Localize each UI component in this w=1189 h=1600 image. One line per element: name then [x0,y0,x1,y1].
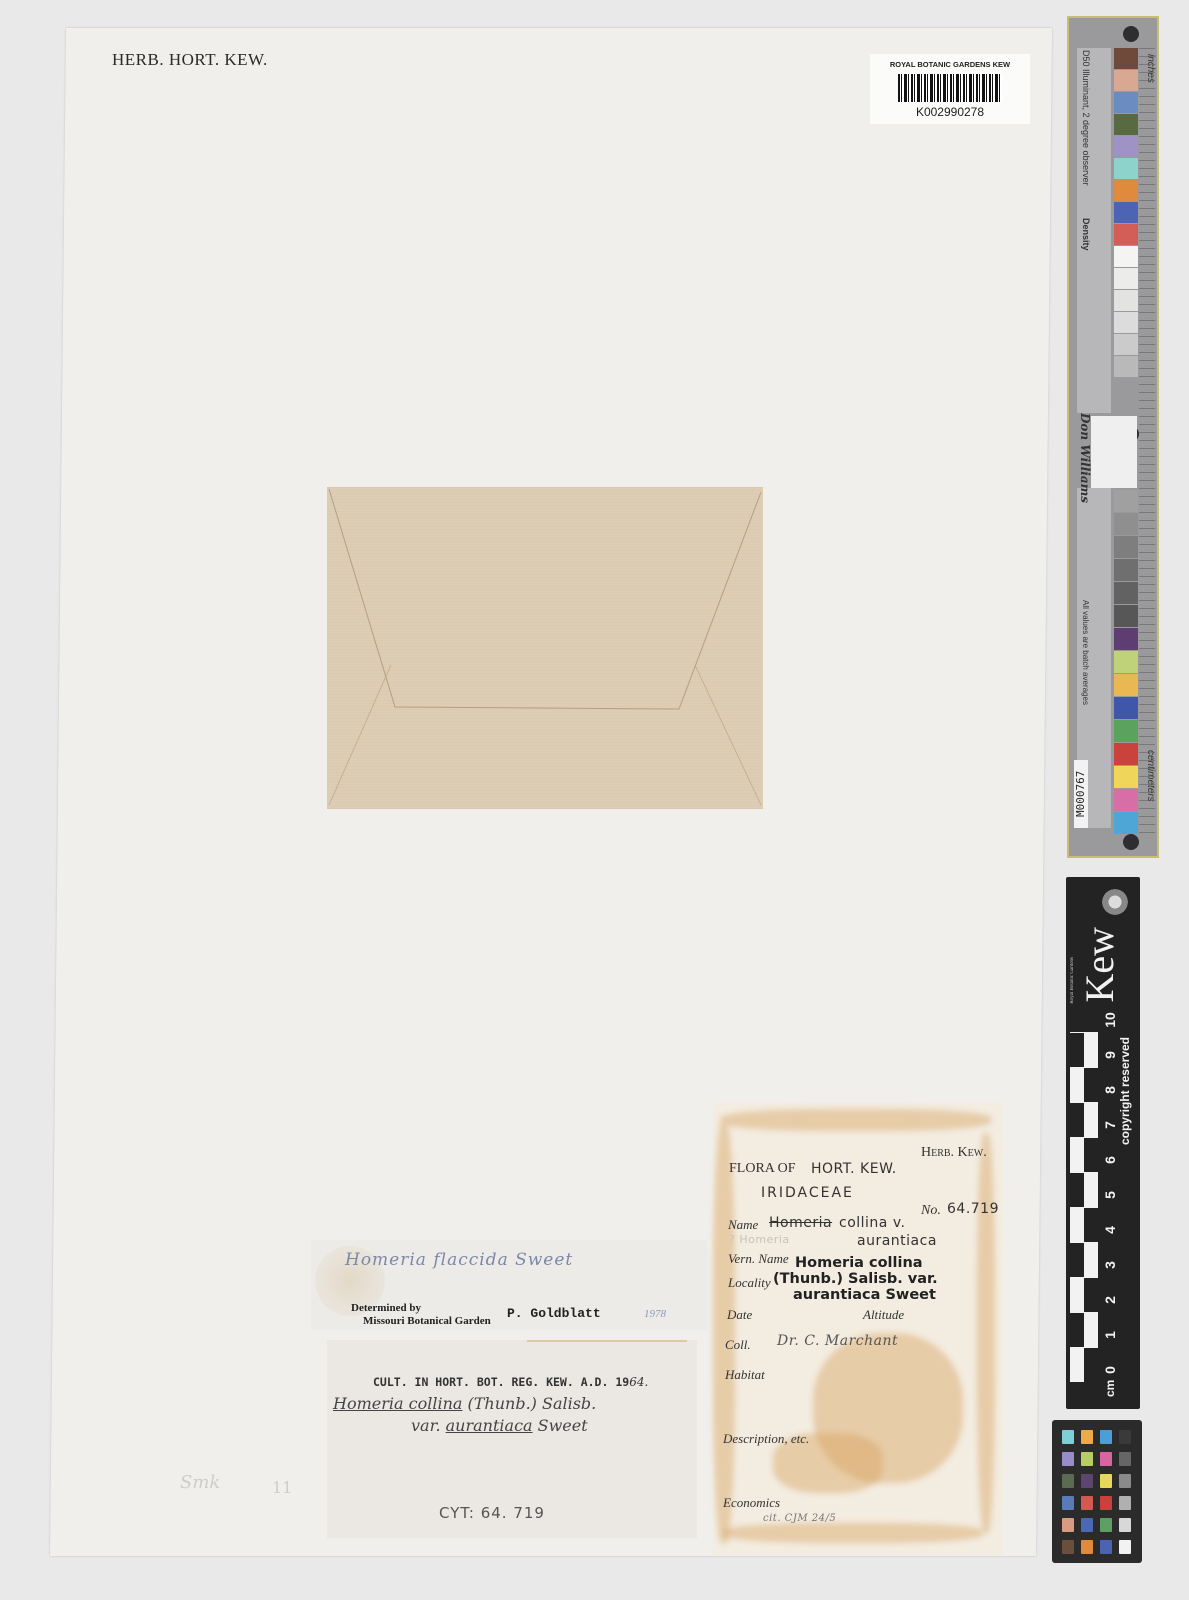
color-swatch [1114,766,1138,788]
kew-crest-icon [1100,887,1130,917]
color-swatch [1114,720,1138,742]
color-swatch [1114,224,1138,245]
cytology-note: CYT: 64. 719 [439,1504,545,1522]
color-calibration-ruler: D50 Illuminant, 2 degree observer Densit… [1067,16,1159,858]
label-description: Description, etc. [723,1431,809,1447]
label-altitude: Altitude [863,1307,904,1323]
stain [721,1109,991,1131]
name-value-faint: ? Homeria [729,1233,790,1246]
determiner-name: P. Goldblatt [507,1306,601,1321]
color-swatch [1114,559,1138,581]
color-swatch [1114,490,1138,512]
kew-logo: Kew [1078,927,1122,1003]
stain [977,1133,995,1533]
variety: aurantiaca [446,1416,533,1435]
color-swatch [1114,789,1138,811]
label-coll: Coll. [725,1337,751,1353]
scale-segment [1070,1172,1098,1207]
color-swatch [1114,180,1138,201]
cultivation-slip: CULT. IN HORT. BOT. REG. KEW. A.D. 1964.… [327,1340,697,1538]
checker-patch [1062,1430,1074,1444]
name-value-2: aurantiaca [857,1233,937,1249]
locality-value-1: Homeria collina [795,1255,923,1271]
color-swatch [1114,513,1138,535]
pencil-note-left: Smk [180,1472,220,1493]
color-checker-card [1052,1420,1142,1563]
color-swatch [1114,136,1138,157]
ruler-batch-caption: All values are batch averages [1081,600,1090,705]
checker-patch [1062,1540,1074,1554]
checker-patch [1081,1430,1093,1444]
checker-patch [1081,1452,1093,1466]
kew-subtitle: Royal Botanic Gardens [1070,957,1075,1004]
color-swatch [1114,312,1138,333]
locality-value-2: (Thunb.) Salisb. var. [773,1271,938,1287]
determination-institution: Missouri Botanical Garden [363,1315,491,1327]
kew-scale-bar: Royal Botanic Gardens Kew copyright rese… [1066,877,1140,1409]
label-locality: Locality [728,1275,771,1291]
color-swatch [1114,92,1138,113]
color-swatch [1114,628,1138,650]
ruler-brand: Don Williams [1078,413,1092,503]
checker-patch [1081,1518,1093,1532]
color-swatch [1114,70,1138,91]
cultivation-year: 64. [629,1375,648,1389]
color-swatch [1114,334,1138,355]
name-value-1: collina v. [839,1215,905,1231]
genus-species: Homeria collina [333,1394,462,1413]
scale-unit: cm [1103,1381,1117,1397]
checker-patch [1100,1430,1112,1444]
name-struck: Homeria [769,1215,832,1231]
scale-number: 1 [1102,1327,1118,1343]
checker-patch [1062,1496,1074,1510]
label-economics: Economics [723,1495,780,1511]
scale-number: 5 [1102,1187,1118,1203]
color-swatch [1114,290,1138,311]
scale-segment [1070,1312,1098,1347]
determination-species: Homeria flaccida Sweet [345,1250,573,1270]
kew-copyright: copyright reserved [1118,1037,1132,1145]
cultivation-header: CULT. IN HORT. BOT. REG. KEW. A.D. 1964. [373,1375,648,1389]
cultivation-name-line-1: Homeria collina (Thunb.) Salisb. [333,1394,596,1413]
label-name: Name [728,1217,758,1233]
checker-patch [1100,1496,1112,1510]
label-vern-name: Vern. Name [728,1251,789,1267]
scale-number: 3 [1102,1257,1118,1273]
stain [527,1340,687,1342]
barcode-institution: ROYAL BOTANIC GARDENS KEW [870,60,1030,69]
determined-by-label: Determined by [351,1302,421,1314]
ruler-density-label: Density [1081,218,1091,251]
stain [713,1123,735,1543]
color-swatch [1114,812,1138,834]
checker-patch [1100,1452,1112,1466]
barcode-icon [898,74,1002,102]
ruler-hole-icon [1123,26,1139,42]
checker-patch [1062,1452,1074,1466]
cultivation-header-text: CULT. IN HORT. BOT. REG. KEW. A.D. 19 [373,1375,629,1389]
scale-segment [1070,1347,1098,1382]
scale-segment [1070,1207,1098,1242]
color-swatch [1114,536,1138,558]
checker-patch [1062,1518,1074,1532]
flora-of-value: HORT. KEW. [811,1161,897,1177]
scale-number: 7 [1102,1117,1118,1133]
ruler-resolution-target [1091,416,1137,488]
scale-segment [1070,1102,1098,1137]
checker-patch [1100,1518,1112,1532]
scale-segment [1070,1032,1098,1067]
specimen-envelope[interactable] [327,487,763,809]
scale-number: 6 [1102,1152,1118,1168]
kew-label: Herb. Kew. FLORA OF HORT. KEW. IRIDACEAE… [713,1103,1003,1555]
color-swatch [1114,582,1138,604]
checker-patch [1062,1474,1074,1488]
checker-patch [1100,1474,1112,1488]
authority: (Thunb.) Salisb. [462,1394,596,1413]
ruler-hole-icon [1123,834,1139,850]
checker-patch [1081,1474,1093,1488]
color-swatch [1114,605,1138,627]
scale-segment [1070,1242,1098,1277]
checker-patch [1119,1518,1131,1532]
scale-segment [1070,1137,1098,1172]
pencil-note-right: 11 [272,1478,292,1497]
label-date: Date [727,1307,752,1323]
color-swatch [1114,697,1138,719]
color-swatch [1114,356,1138,377]
color-swatch [1114,246,1138,267]
checker-patch [1081,1496,1093,1510]
color-swatch [1114,651,1138,673]
envelope-fold-lines-icon [327,487,763,809]
color-swatch [1114,158,1138,179]
variety-authority: Sweet [533,1416,588,1435]
scale-number: 10 [1102,1012,1118,1028]
barcode-label: ROYAL BOTANIC GARDENS KEW K002990278 [870,54,1030,124]
determination-slip: Homeria flaccida Sweet Determined by Mis… [311,1240,707,1330]
determination-year: 1978 [644,1308,666,1320]
checker-patch [1081,1540,1093,1554]
ruler-id-label: M000767 [1074,760,1088,828]
centimeter-scale [1070,1032,1098,1397]
color-swatch [1114,202,1138,223]
checker-patch [1100,1540,1112,1554]
scale-number: 0 [1102,1362,1118,1378]
scale-segment [1070,1277,1098,1312]
barcode-number: K002990278 [870,105,1030,119]
scale-number: 4 [1102,1222,1118,1238]
number-value: 64.719 [947,1201,999,1217]
color-swatch [1114,743,1138,765]
checker-patch [1119,1474,1131,1488]
label-flora-of: FLORA OF [729,1161,796,1177]
checker-patch [1119,1430,1131,1444]
scale-number: 8 [1102,1082,1118,1098]
label-number: No. [921,1203,941,1219]
herbarium-header: HERB. HORT. KEW. [112,50,268,70]
ruler-illuminant-caption: D50 Illuminant, 2 degree observer [1081,50,1091,186]
scale-segment [1070,1067,1098,1102]
rank: var. [411,1416,446,1435]
collector-value: Dr. C. Marchant [777,1333,898,1349]
color-swatch [1114,674,1138,696]
locality-value-3: aurantiaca Sweet [793,1287,936,1303]
scale-number: 2 [1102,1292,1118,1308]
family-value: IRIDACEAE [761,1185,854,1201]
cultivation-name-line-2: var. aurantiaca Sweet [411,1416,588,1435]
scale-number: 9 [1102,1047,1118,1063]
checker-patch [1119,1452,1131,1466]
color-swatch [1114,48,1138,69]
label-habitat: Habitat [725,1367,765,1383]
color-swatch [1114,114,1138,135]
economics-value: cit. CJM 24/5 [763,1513,836,1524]
color-swatch [1114,268,1138,289]
checker-patch [1119,1540,1131,1554]
checker-patch [1119,1496,1131,1510]
label-herb-kew: Herb. Kew. [921,1145,987,1161]
stain [723,1523,983,1543]
ruler-tick-marks [1139,48,1155,838]
